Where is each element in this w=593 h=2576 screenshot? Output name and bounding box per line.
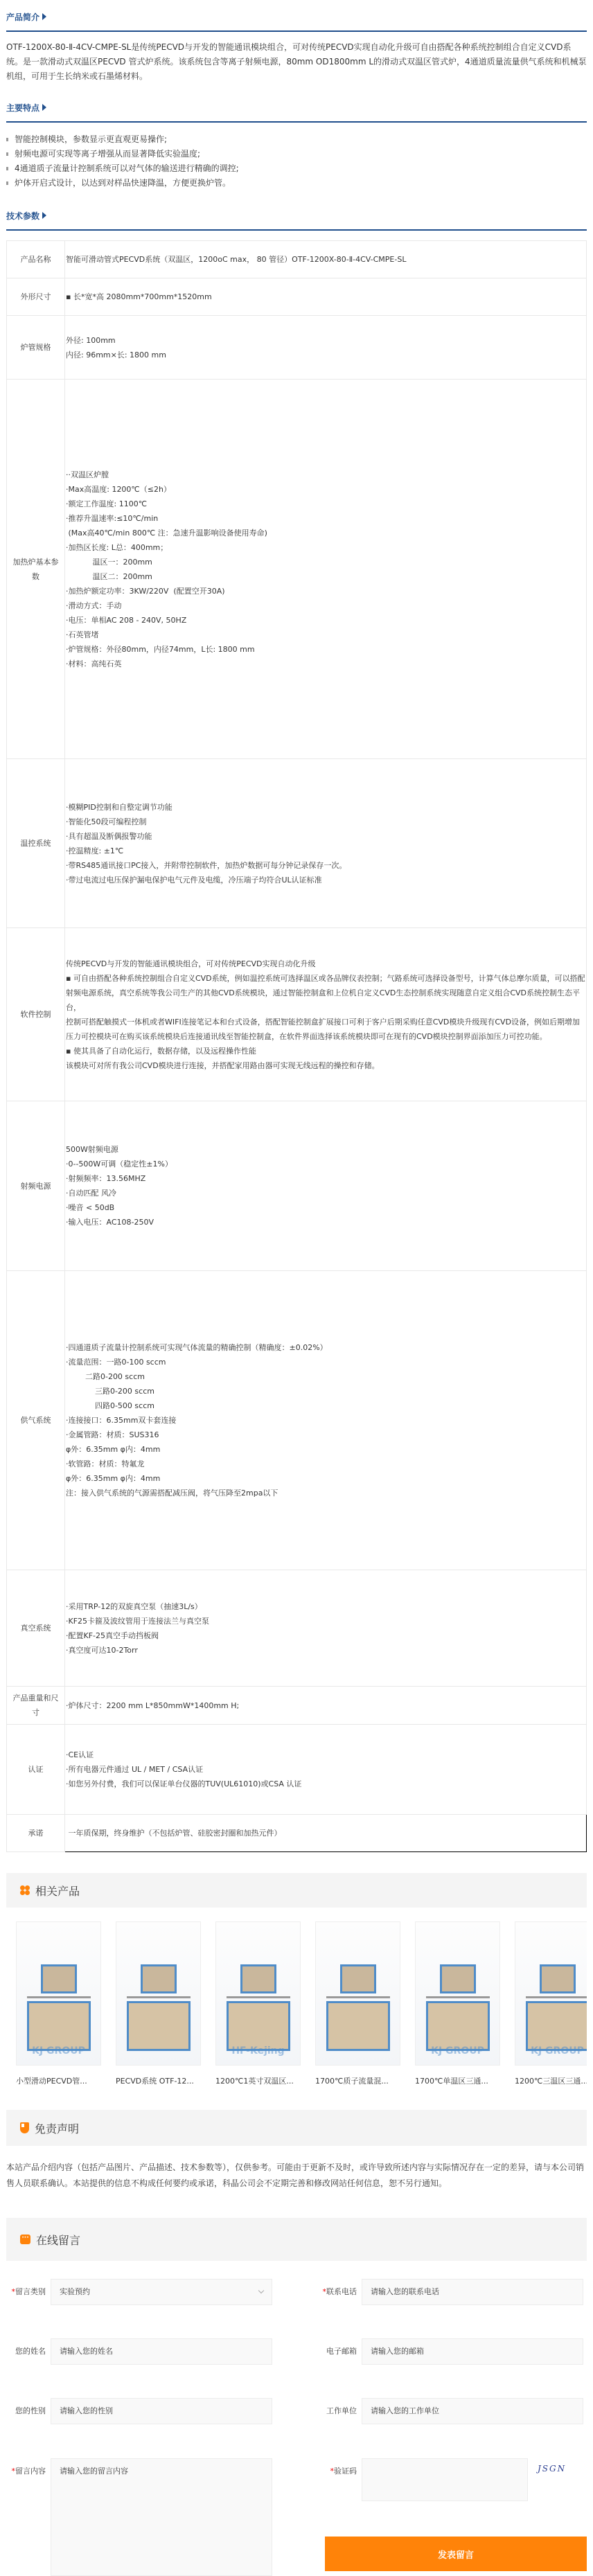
spec-line: ·真空度可达10-2Torr [66,1643,586,1658]
table-row: 炉管规格外径: 100mm内径: 96mm×长: 1800 mm [7,316,587,380]
disclaimer-text: 本站产品介绍内容（包括产品图片、产品描述、技术参数等），仅供参考。可能由于更新不… [6,2146,587,2192]
spec-key: 承诺 [7,1815,65,1852]
spec-line: 智能可滑动管式PECVD系统（双温区，1200oC max， 80 管径）OTF… [66,252,586,267]
spec-value: 一年质保期，终身维护（不包括炉管、硅胶密封圈和加热元件） [65,1815,587,1852]
spec-line: 外径: 100mm [66,333,586,348]
spec-line: ·智能化50段可编程控制 [66,815,586,829]
email-input[interactable]: 请输入您的邮箱 [362,2338,583,2365]
spec-line: ▪ 使其具备了自动化运行，数据存储，以及远程操作性能 [66,1044,586,1058]
furnace-illustration [27,1964,91,2051]
table-row: 真空系统·采用TRP-12的双旋真空泵（抽速3L/s）·KF25卡箍及波纹管用于… [7,1570,587,1687]
product-image[interactable]: KJ GROUP [16,1921,101,2066]
table-row: 认证·CE认证·所有电器元件通过 UL / MET / CSA认证·如您另外付费… [7,1725,587,1815]
spec-line: ·Max高温度: 1200℃（≤2h） [66,482,586,497]
clover-icon [20,1885,30,1895]
product-caption[interactable]: 1200℃1英寸双温区... [215,2066,301,2086]
captcha-field: *验证码 JSGN [317,2458,528,2501]
submit-message-button[interactable]: 发表留言 [325,2537,587,2571]
spec-line: 温区一：200mm [66,555,586,569]
spec-key: 真空系统 [7,1570,65,1687]
spec-line: ·自动匹配 风冷 [66,1186,586,1200]
spec-line: ·射频频率：13.56MHZ [66,1171,586,1186]
spec-line: 四路0-500 sccm [66,1398,586,1413]
spec-line: 内径: 96mm×长: 1800 mm [66,348,586,362]
related-product-card[interactable]: PECVD系统 OTF-12... [116,1921,201,2086]
product-image[interactable] [116,1921,201,2066]
spec-line: 三路0-200 sccm [66,1384,586,1398]
spec-line: 二路0-200 sccm [66,1369,586,1384]
spec-line: ·具有超温及断偶报警功能 [66,829,586,844]
list-item: 射频电源可实现等离子增强从而显著降低实验温度; [6,147,587,161]
spec-line: 500W射频电源 [66,1142,586,1157]
spec-value: 500W射频电源·0--500W可调（稳定性±1%）·射频频率：13.56MHZ… [65,1101,587,1271]
spec-key: 加热炉基本参数 [7,380,65,759]
table-row: 加热炉基本参数··双温区炉膛·Max高温度: 1200℃（≤2h）·额定工作温度… [7,380,587,759]
spec-line: ·带过电流过电压保护漏电保护电气元件及电缆，冷压端子均符合UL认证标准 [66,873,586,887]
gender-field: 您的性别 请输入您的性别 [6,2398,272,2424]
spec-value: ·采用TRP-12的双旋真空泵（抽速3L/s）·KF25卡箍及波纹管用于连接法兰… [65,1570,587,1687]
captcha-input[interactable] [362,2458,528,2501]
product-caption[interactable]: 1700℃质子流量混... [315,2066,400,2086]
spec-value: ··双温区炉膛·Max高温度: 1200℃（≤2h）·额定工作温度: 1100℃… [65,380,587,759]
product-caption[interactable]: 1200℃三温区三通... [515,2066,587,2086]
product-image[interactable]: KJ GROUP [415,1921,500,2066]
related-products-list: KJ GROUP小型滑动PECVD管...PECVD系统 OTF-12...HF… [6,1908,587,2086]
furnace-illustration [326,1964,390,2051]
watermark: KJ GROUP [515,2045,587,2057]
spec-line: 一年质保期，终身维护（不包括炉管、硅胶密封圈和加热元件） [66,1826,586,1840]
intro-text: OTF-1200X-80-Ⅱ-4CV-CMPE-SL是传统PECVD与开发的智能… [6,32,587,84]
furnace-illustration [526,1964,587,2051]
spec-value: ·四通道质子流量计控制系统可实现气体流量的精确控制（精确度：±0.02%）·流量… [65,1271,587,1570]
spec-line: ·电压：单相AC 208 - 240V, 50HZ [66,613,586,628]
section-title: 免责声明 [35,2120,79,2136]
disclaimer-header: 免责声明 [6,2110,587,2146]
chat-bubble-icon: ··· [20,2235,30,2244]
product-caption[interactable]: PECVD系统 OTF-12... [116,2066,201,2086]
arrow-right-icon [42,104,46,111]
spec-line: ·推荐升温速率:≤10℃/min [66,511,586,526]
message-header: ··· 在线留言 [6,2218,587,2261]
shield-icon [20,2122,29,2133]
spec-line: ·加热炉额定功率：3KW/220V (配置空开30A) [66,584,586,598]
spec-line: φ外：6.35mm φ内：4mm [66,1471,586,1486]
spec-line: ·KF25卡箍及波纹管用于连接法兰与真空泵 [66,1614,586,1628]
list-item: 4通道质子流量计控制系统可以对气体的输送进行精确的调控; [6,161,587,176]
spec-line: ·额定工作温度: 1100℃ [66,497,586,511]
spec-line: ·如您另外付费，我们可以保证单台仪器的TUV(UL61010)或CSA 认证 [66,1777,586,1791]
table-row: 外形尺寸▪ 长*宽*高 2080mm*700mm*1520mm [7,278,587,316]
related-product-card[interactable]: HF-Kejing1200℃1英寸双温区... [215,1921,301,2086]
name-field: 您的姓名 请输入您的姓名 [6,2338,272,2365]
spec-line: (Max高40℃/min 800℃ 注：急速升温影响设备使用寿命) [66,526,586,540]
spec-line: ·滑动方式：手动 [66,598,586,613]
spec-line: φ外：6.35mm φ内：4mm [66,1442,586,1457]
spec-key: 外形尺寸 [7,278,65,316]
spec-key: 认证 [7,1725,65,1815]
gender-input[interactable]: 请输入您的性别 [51,2398,272,2424]
spec-line: ·金属管路：材质：SUS316 [66,1428,586,1442]
section-title: 产品简介 [6,8,587,25]
phone-field: *联系电话 请输入您的联系电话 [317,2279,583,2305]
product-image[interactable] [315,1921,400,2066]
content-field: *留言内容 请输入您的留言内容 [6,2458,272,2576]
table-row: 产品名称智能可滑动管式PECVD系统（双温区，1200oC max， 80 管径… [7,241,587,278]
product-caption[interactable]: 小型滑动PECVD管... [16,2066,101,2086]
spec-line: ·石英管堵 [66,628,586,642]
phone-input[interactable]: 请输入您的联系电话 [362,2279,583,2305]
spec-line: ·流量范围：一路0-100 sccm [66,1355,586,1369]
captcha-image[interactable]: JSGN [538,2464,566,2473]
section-features: 主要特点 智能控制模块，参数显示更直观更易操作; 射频电源可实现等离子增强从而显… [6,84,587,190]
spec-line: ·CE认证 [66,1748,586,1762]
spec-line: 该模块可对所有我公司CVD模块进行连接，并搭配家用路由器可实现无线远程的操控和存… [66,1058,586,1073]
spec-line: ·炉管规格：外径80mm，内径74mm，L长: 1800 mm [66,642,586,657]
spec-line: ▪ 长*宽*高 2080mm*700mm*1520mm [66,290,586,304]
email-field: 电子邮箱 请输入您的邮箱 [317,2338,583,2365]
chevron-down-icon [258,2288,264,2293]
table-row: 温控系统·模糊PID控制和自整定调节功能·智能化50段可编程控制·具有超温及断偶… [7,759,587,928]
spec-key: 软件控制 [7,928,65,1101]
spec-value: ·炉体尺寸：2200 mm L*850mmW*1400mm H; [65,1687,587,1725]
spec-line: ·软管路：材质：特氟龙 [66,1457,586,1471]
spec-line: ·连接接口：6.35mm双卡套连接 [66,1413,586,1428]
related-product-card[interactable]: KJ GROUP1200℃三温区三通... [515,1921,587,2086]
spec-line: ·模糊PID控制和自整定调节功能 [66,800,586,815]
spec-line: ·控温精度: ±1℃ [66,844,586,858]
spec-key: 射频电源 [7,1101,65,1271]
spec-line: 注：接入供气系统的气源需搭配减压阀，将气压降至2mpa以下 [66,1486,586,1500]
arrow-right-icon [42,13,46,20]
spec-value: 传统PECVD与开发的智能通讯模块组合，可对传统PECVD实现自动化升级▪ 可自… [65,928,587,1101]
spec-value: ▪ 长*宽*高 2080mm*700mm*1520mm [65,278,587,316]
spec-line: ·0--500W可调（稳定性±1%） [66,1157,586,1171]
list-item: 智能控制模块，参数显示更直观更易操作; [6,132,587,147]
arrow-right-icon [42,212,46,219]
spec-value: 智能可滑动管式PECVD系统（双温区，1200oC max， 80 管径）OTF… [65,241,587,278]
furnace-illustration [127,1964,191,2051]
table-row: 承诺 一年质保期，终身维护（不包括炉管、硅胶密封圈和加热元件） [7,1815,587,1852]
spec-line: ·加热区长度: L总：400mm； [66,540,586,555]
features-list: 智能控制模块，参数显示更直观更易操作; 射频电源可实现等离子增强从而显著降低实验… [6,123,587,190]
spec-line: 传统PECVD与开发的智能通讯模块组合，可对传统PECVD实现自动化升级 [66,957,586,971]
section-title: 相关产品 [35,1883,80,1899]
product-image[interactable]: HF-Kejing [215,1921,301,2066]
spec-key: 产品重量和尺寸 [7,1687,65,1725]
watermark: HF-Kejing [216,2045,300,2057]
table-row: 软件控制传统PECVD与开发的智能通讯模块组合，可对传统PECVD实现自动化升级… [7,928,587,1101]
section-specs: 技术参数 产品名称智能可滑动管式PECVD系统（双温区，1200oC max， … [6,190,587,1852]
spec-line: 控制可搭配触摸式一体机或者WIFI连接笔记本和台式设备，搭配智能控制盒扩展接口可… [66,1015,586,1044]
section-intro: 产品简介 OTF-1200X-80-Ⅱ-4CV-CMPE-SL是传统PECVD与… [6,0,587,84]
spec-line: ·配置KF-25真空手动挡板阀 [66,1628,586,1643]
spec-value: ·模糊PID控制和自整定调节功能·智能化50段可编程控制·具有超温及断偶报警功能… [65,759,587,928]
message-form: *留言类别 实验预约 *联系电话 请输入您的联系电话 您的姓名 请输入您的姓名 … [6,2275,587,2510]
spec-line: ··双温区炉膛 [66,468,586,482]
category-field: *留言类别 实验预约 [6,2279,272,2305]
spec-key: 温控系统 [7,759,65,928]
list-item: 炉体开启式设计，以达到对样品快速降温，方便更换炉管。 [6,176,587,190]
furnace-illustration [426,1964,490,2051]
table-row: 射频电源500W射频电源·0--500W可调（稳定性±1%）·射频频率：13.5… [7,1101,587,1271]
section-title: 在线留言 [36,2232,80,2248]
spec-table: 产品名称智能可滑动管式PECVD系统（双温区，1200oC max， 80 管径… [6,240,587,1852]
spec-line: ·四通道质子流量计控制系统可实现气体流量的精确控制（精确度：±0.02%） [66,1340,586,1355]
product-image[interactable]: KJ GROUP [515,1921,587,2066]
watermark: KJ GROUP [416,2045,499,2057]
company-input[interactable]: 请输入您的工作单位 [362,2398,583,2424]
table-row: 产品重量和尺寸·炉体尺寸：2200 mm L*850mmW*1400mm H; [7,1687,587,1725]
product-caption[interactable]: 1700℃单温区三通... [415,2066,500,2086]
related-product-card[interactable]: KJ GROUP1700℃单温区三通... [415,1921,500,2086]
section-title: 技术参数 [6,207,587,224]
spec-line: ·采用TRP-12的双旋真空泵（抽速3L/s） [66,1599,586,1614]
spec-line: ·材料：高纯石英 [66,657,586,671]
category-select[interactable]: 实验预约 [51,2279,272,2305]
content-textarea[interactable]: 请输入您的留言内容 [51,2458,272,2576]
spec-value: ·CE认证·所有电器元件通过 UL / MET / CSA认证·如您另外付费，我… [65,1725,587,1815]
spec-line: ·炉体尺寸：2200 mm L*850mmW*1400mm H; [66,1698,586,1713]
spec-key: 炉管规格 [7,316,65,380]
watermark: KJ GROUP [17,2045,100,2057]
spec-line: ·噪音 < 50dB [66,1200,586,1215]
company-field: 工作单位 请输入您的工作单位 [317,2398,583,2424]
name-input[interactable]: 请输入您的姓名 [51,2338,272,2365]
table-row: 供气系统·四通道质子流量计控制系统可实现气体流量的精确控制（精确度：±0.02%… [7,1271,587,1570]
spec-key: 供气系统 [7,1271,65,1570]
related-product-card[interactable]: KJ GROUP小型滑动PECVD管... [16,1921,101,2086]
spec-value: 外径: 100mm内径: 96mm×长: 1800 mm [65,316,587,380]
spec-line: ·带RS485通讯接口PC接入，并附带控制软件，加热炉数据可每分钟记录保存一次。 [66,858,586,873]
section-title: 主要特点 [6,99,587,116]
related-product-card[interactable]: 1700℃质子流量混... [315,1921,400,2086]
furnace-illustration [227,1964,290,2051]
spec-line: 温区二：200mm [66,569,586,584]
spec-key: 产品名称 [7,241,65,278]
related-products-header: 相关产品 [6,1873,587,1908]
spec-line: ·输入电压：AC108-250V [66,1215,586,1229]
spec-line: ·所有电器元件通过 UL / MET / CSA认证 [66,1762,586,1777]
spec-line: ▪ 可自由搭配各种系统控制组合自定义CVD系统，例如温控系统可选择温区或各品牌仪… [66,971,586,1015]
divider [6,229,587,231]
